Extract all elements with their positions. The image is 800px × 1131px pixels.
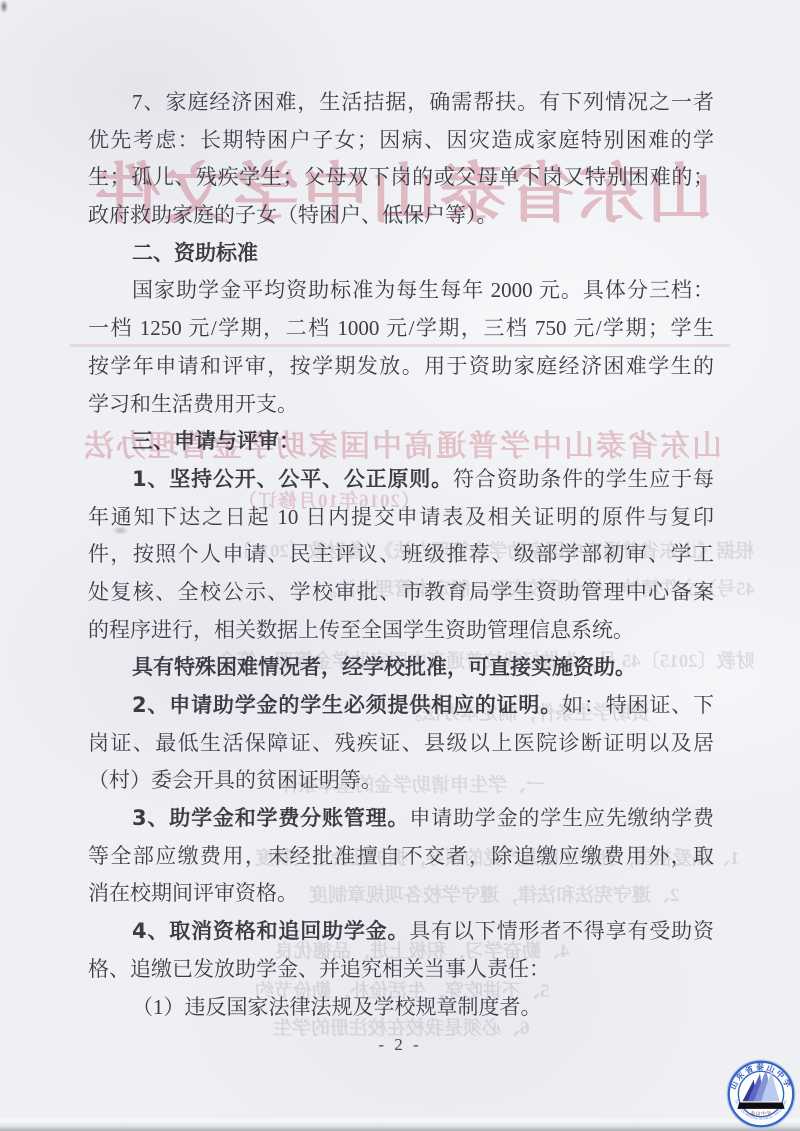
bold-text-segment: 二、资助标准 <box>132 241 258 265</box>
bold-text-segment: 2、申请助学金的学生必须提供相应的证明。 <box>132 693 562 717</box>
text-segment: 等全部应缴费用，未经批准擅自不交者，除追缴应缴费用外，取 <box>88 844 714 868</box>
seal-graphic: 山东省泰山中学 TAI SHAN MIDDLE SCHOOL, SHANDONG… <box>726 1059 796 1129</box>
text-segment: 消在校期间评审资格。 <box>88 881 298 905</box>
text-line: 学习和生活费用开支。 <box>88 386 714 424</box>
seal-base-label: 泰山中学 <box>751 1110 772 1117</box>
text-line: 等全部应缴费用，未经批准擅自不交者，除追缴应缴费用外，取 <box>88 838 714 876</box>
text-line: 4、取消资格和追回助学金。具有以下情形者不得享有受助资 <box>88 913 714 951</box>
text-segment: 按学年申请和评审，按学期发放。用于资助家庭经济困难学生的 <box>88 354 714 378</box>
text-line: 1、坚持公开、公平、公正原则。符合资助条件的学生应于每 <box>88 461 714 499</box>
text-segment: 年通知下达之日起 10 日内提交申请表及相关证明的原件与复印 <box>88 505 714 529</box>
text-segment: 符合资助条件的学生应于每 <box>453 467 714 491</box>
school-seal-logo: 山东省泰山中学 TAI SHAN MIDDLE SCHOOL, SHANDONG… <box>726 1059 796 1129</box>
text-line: 二、资助标准 <box>88 235 714 273</box>
scan-bottom-edge <box>0 1117 800 1131</box>
text-line: 按学年申请和评审，按学期发放。用于资助家庭经济困难学生的 <box>88 348 714 386</box>
text-segment: 申请助学金的学生应先缴纳学费 <box>409 806 714 830</box>
text-segment: （1）违反国家法律法规及学校规章制度者。 <box>132 995 542 1019</box>
text-segment: 具有以下情形者不得享有受助资 <box>409 919 714 943</box>
text-segment: 如：特困证、下 <box>562 693 714 717</box>
text-line: 国家助学金平均资助标准为每生每年 2000 元。具体分三档： <box>88 272 714 310</box>
document-lines: 7、家庭经济困难，生活拮据，确需帮扶。有下列情况之一者优先考虑：长期特困户子女；… <box>88 84 714 1026</box>
bold-text-segment: 具有特殊困难情况者，经学校批准，可直接实施资助。 <box>132 655 636 679</box>
text-segment: 国家助学金平均资助标准为每生每年 2000 元。具体分三档： <box>132 278 714 302</box>
text-segment: 学习和生活费用开支。 <box>88 392 298 416</box>
text-line: 优先考虑：长期特困户子女；因病、因灾造成家庭特别困难的学 <box>88 122 714 160</box>
text-line: 一档 1250 元/学期，二档 1000 元/学期，三档 750 元/学期；学生 <box>88 310 714 348</box>
text-line: （1）违反国家法律法规及学校规章制度者。 <box>88 989 714 1027</box>
text-line: 件，按照个人申请、民主评议、班级推荐、级部学部初审、学工 <box>88 536 714 574</box>
text-segment: 优先考虑：长期特困户子女；因病、因灾造成家庭特别困难的学 <box>88 128 714 152</box>
text-line: 具有特殊困难情况者，经学校批准，可直接实施资助。 <box>88 649 714 687</box>
seal-mountain-base <box>737 1103 784 1109</box>
text-segment: 的程序进行，相关数据上传至全国学生资助管理信息系统。 <box>88 618 634 642</box>
text-segment: 岗证、最低生活保障证、残疾证、县级以上医院诊断证明以及居 <box>88 731 714 755</box>
page-number: - 2 - <box>0 1035 800 1055</box>
text-line: 处复核、全校公示、学校审批、市教育局学生资助管理中心备案 <box>88 574 714 612</box>
text-segment: 7、家庭经济困难，生活拮据，确需帮扶。有下列情况之一者 <box>132 90 714 114</box>
text-segment: 政府救助家庭的子女（特困户、低保户等）。 <box>88 203 498 227</box>
text-line: 格、追缴已发放助学金、并追究相关当事人责任： <box>88 951 714 989</box>
bold-text-segment: 三、申请与评审： <box>132 429 300 453</box>
text-segment: 格、追缴已发放助学金、并追究相关当事人责任： <box>88 957 550 981</box>
text-segment: （村）委会开具的贫困证明等。 <box>88 768 382 792</box>
bold-text-segment: 3、助学金和学费分账管理。 <box>132 806 409 830</box>
text-line: 7、家庭经济困难，生活拮据，确需帮扶。有下列情况之一者 <box>88 84 714 122</box>
text-line: 3、助学金和学费分账管理。申请助学金的学生应先缴纳学费 <box>88 800 714 838</box>
text-segment: 一档 1250 元/学期，二档 1000 元/学期，三档 750 元/学期；学生 <box>88 316 714 340</box>
bold-text-segment: 4、取消资格和追回助学金。 <box>132 919 409 943</box>
text-line: （村）委会开具的贫困证明等。 <box>88 762 714 800</box>
text-line: 的程序进行，相关数据上传至全国学生资助管理信息系统。 <box>88 612 714 650</box>
bold-text-segment: 1、坚持公开、公平、公正原则。 <box>132 467 453 491</box>
text-line: 岗证、最低生活保障证、残疾证、县级以上医院诊断证明以及居 <box>88 725 714 763</box>
text-segment: 件，按照个人申请、民主评议、班级推荐、级部学部初审、学工 <box>88 542 714 566</box>
text-line: 年通知下达之日起 10 日内提交申请表及相关证明的原件与复印 <box>88 499 714 537</box>
text-line: 消在校期间评审资格。 <box>88 875 714 913</box>
text-segment: 处复核、全校公示、学校审批、市教育局学生资助管理中心备案 <box>88 580 714 604</box>
scan-speck <box>0 0 8 13</box>
text-segment: 生；孤儿、残疾学生；父母双下岗的或父母单下岗又特别困难的； <box>88 165 714 189</box>
text-line: 三、申请与评审： <box>88 423 714 461</box>
text-line: 政府救助家庭的子女（特困户、低保户等）。 <box>88 197 714 235</box>
text-line: 生；孤儿、残疾学生；父母双下岗的或父母单下岗又特别困难的； <box>88 159 714 197</box>
scanned-document-page: 山东省泰山中学文件 山东省泰山中学普通高中国家助学金管理办法 （2016年10月… <box>0 0 800 1131</box>
text-line: 2、申请助学金的学生必须提供相应的证明。如：特困证、下 <box>88 687 714 725</box>
